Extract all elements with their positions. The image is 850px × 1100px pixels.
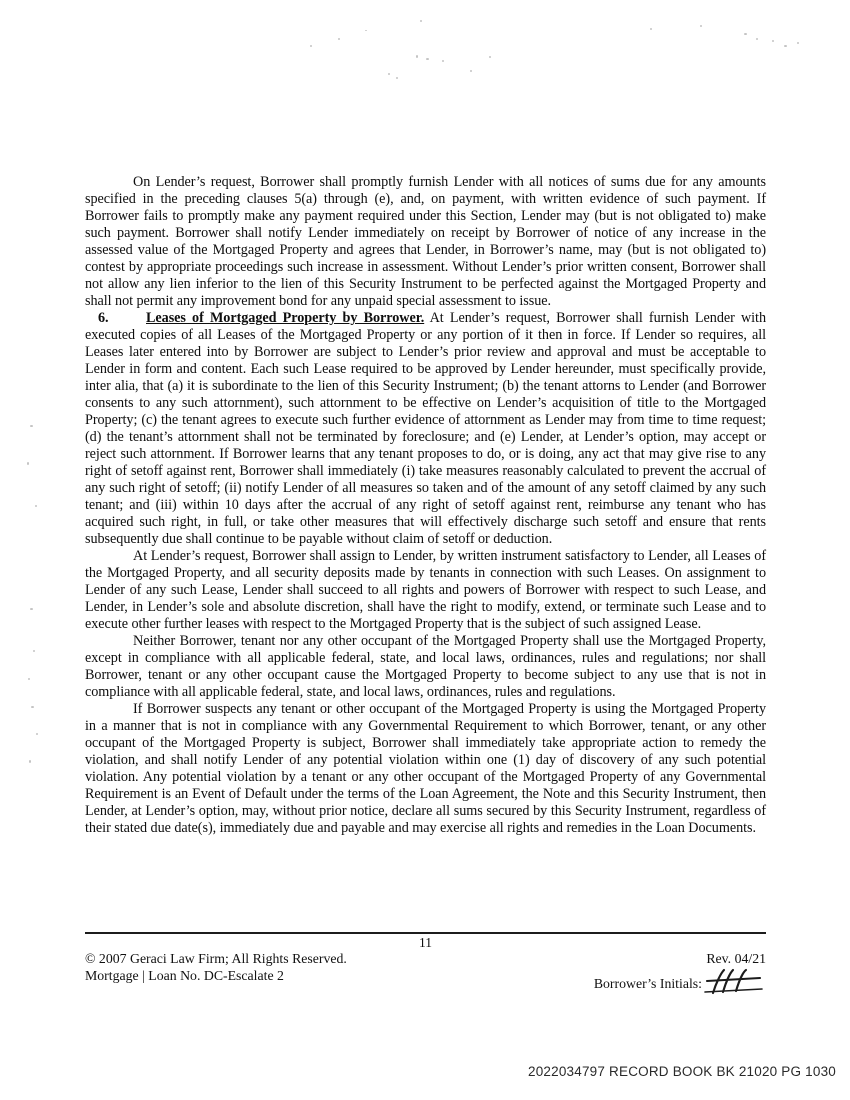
paragraph-violation: If Borrower suspects any tenant or other… [85, 701, 766, 837]
section-6-number: 6. [98, 310, 146, 327]
paragraph-lease-assignment: At Lender’s request, Borrower shall assi… [85, 548, 766, 633]
page-footer: 11 © 2007 Geraci Law Firm; All Rights Re… [85, 932, 766, 1000]
page-number: 11 [85, 935, 766, 950]
paragraph-lender-request: On Lender’s request, Borrower shall prom… [85, 174, 766, 310]
section-6-heading: Leases of Mortgaged Property by Borrower… [146, 310, 424, 326]
record-book-stamp: 2022034797 RECORD BOOK BK 21020 PG 1030 [528, 1064, 836, 1079]
loan-number-line: Mortgage | Loan No. DC-Escalate 2 [85, 968, 347, 985]
borrower-initials-handwriting [704, 968, 766, 1001]
scanned-document-page: On Lender’s request, Borrower shall prom… [0, 0, 850, 1100]
revision-label: Rev. 04/21 [594, 951, 766, 968]
copyright-line: © 2007 Geraci Law Firm; All Rights Reser… [85, 951, 347, 968]
footer-left-block: © 2007 Geraci Law Firm; All Rights Reser… [85, 951, 347, 984]
footer-rule [85, 932, 766, 934]
footer-right-block: Rev. 04/21 Borrower’s Initials: [594, 951, 766, 1000]
borrower-initials-label: Borrower’s Initials: [594, 976, 702, 991]
section-6-body: At Lender’s request, Borrower shall furn… [85, 310, 766, 547]
document-body: On Lender’s request, Borrower shall prom… [85, 174, 766, 837]
paragraph-compliance: Neither Borrower, tenant nor any other o… [85, 633, 766, 701]
section-6-paragraph: 6.Leases of Mortgaged Property by Borrow… [85, 310, 766, 548]
